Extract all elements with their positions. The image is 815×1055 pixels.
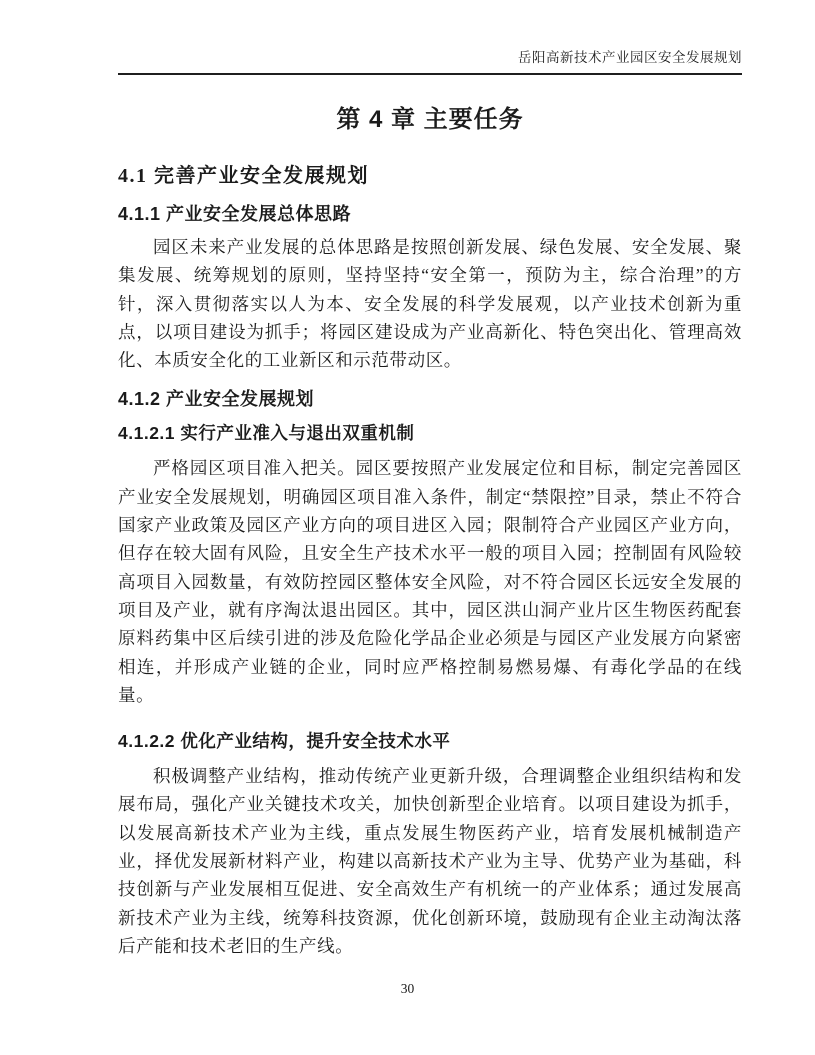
section-heading-4-1: 4.1 完善产业安全发展规划 [118,163,742,189]
page-number: 30 [0,981,815,997]
section-heading-4-1-2: 4.1.2 产业安全发展规划 [118,387,742,412]
chapter-title: 第 4 章 主要任务 [118,104,742,136]
paragraph-4-1-2-2: 积极调整产业结构，推动传统产业更新升级，合理调整企业组织结构和发展布局，强化产业… [118,762,742,960]
paragraph-4-1-2-1: 严格园区项目准入把关。园区要按照产业发展定位和目标，制定完善园区产业安全发展规划… [118,454,742,709]
section-heading-4-1-1: 4.1.1 产业安全发展总体思路 [118,202,742,227]
running-header-title: 岳阳高新技术产业园区安全发展规划 [118,49,742,73]
section-heading-4-1-2-1: 4.1.2.1 实行产业准入与退出双重机制 [118,421,742,446]
paragraph-4-1-1: 园区未来产业发展的总体思路是按照创新发展、绿色发展、安全发展、聚集发展、统筹规划… [118,233,742,374]
running-header: 岳阳高新技术产业园区安全发展规划 [118,0,742,75]
section-heading-4-1-2-2: 4.1.2.2 优化产业结构，提升安全技术水平 [118,729,742,754]
page-content: 岳阳高新技术产业园区安全发展规划 第 4 章 主要任务 4.1 完善产业安全发展… [0,0,815,960]
document-page: 岳阳高新技术产业园区安全发展规划 第 4 章 主要任务 4.1 完善产业安全发展… [0,0,815,1055]
